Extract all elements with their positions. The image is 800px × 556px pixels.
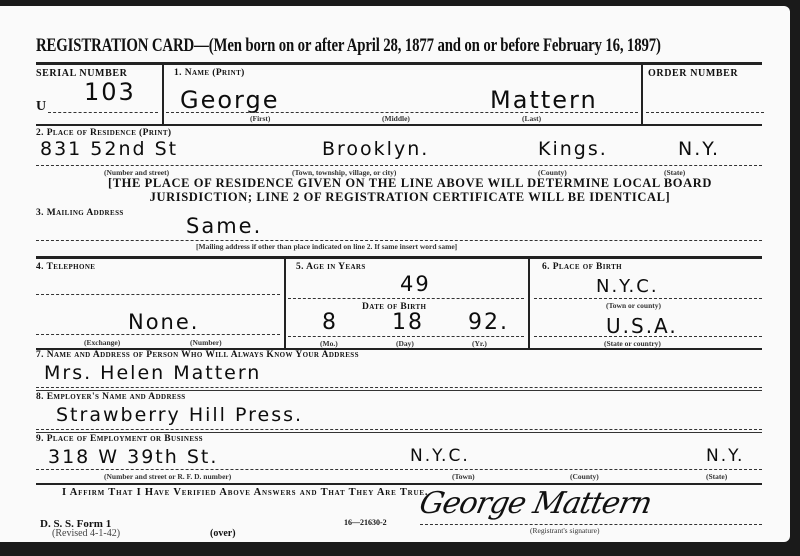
- birth-town-line: [534, 298, 762, 299]
- notice-line-1: [THE PLACE OF RESIDENCE GIVEN ON THE LIN…: [80, 176, 740, 190]
- telephone-value: None.: [128, 310, 199, 334]
- telephone-line: [36, 294, 280, 295]
- serial-prefix: U: [36, 99, 47, 115]
- telephone-label: 4. Telephone: [36, 262, 95, 272]
- dob-day-value: 18: [392, 310, 424, 335]
- order-number-label: ORDER NUMBER: [648, 68, 738, 79]
- birth-country-caption: (State or country): [604, 339, 661, 348]
- day-caption: (Day): [396, 339, 414, 348]
- registration-card: REGISTRATION CARD—(Men born on or after …: [0, 6, 790, 542]
- divider: [641, 64, 643, 124]
- dob-month-value: 8: [322, 310, 338, 335]
- dob-line: [288, 336, 524, 337]
- contact-person-line: [36, 387, 762, 388]
- divider: [36, 62, 762, 65]
- birth-town-caption: (Town or county): [606, 301, 661, 310]
- residence-town-value: Brooklyn.: [322, 138, 429, 160]
- order-number-line: [646, 112, 764, 113]
- last-name-value: Mattern: [490, 86, 598, 114]
- year-caption: (Yr.): [472, 339, 487, 348]
- employment-line: [36, 469, 762, 470]
- number-caption: (Number): [190, 338, 222, 347]
- mailing-line: [36, 240, 762, 241]
- employer-line: [36, 429, 762, 430]
- divider: [528, 258, 530, 348]
- employer-label: 8. Employer's Name and Address: [36, 392, 186, 402]
- card-title: REGISTRATION CARD—(Men born on or after …: [36, 35, 661, 57]
- form-revised: (Revised 4-1-42): [52, 528, 120, 539]
- residence-label: 2. Place of Residence (Print): [36, 128, 171, 138]
- employment-town-value: N.Y.C.: [410, 446, 470, 466]
- contact-person-label: 7. Name and Address of Person Who Will A…: [36, 350, 359, 360]
- divider: [36, 432, 762, 433]
- employment-county-caption: (County): [570, 472, 599, 481]
- exchange-caption: (Exchange): [84, 338, 120, 347]
- name-label: 1. Name (Print): [174, 68, 245, 78]
- age-label: 5. Age in Years: [296, 262, 366, 272]
- residence-line: [36, 165, 762, 166]
- jurisdiction-notice: [THE PLACE OF RESIDENCE GIVEN ON THE LIN…: [80, 176, 740, 204]
- residence-street-value: 831 52nd St: [40, 138, 178, 160]
- middle-caption: (Middle): [382, 114, 410, 123]
- mailing-caption: [Mailing address if other than place ind…: [196, 242, 457, 251]
- signature-line: [420, 524, 762, 525]
- notice-line-2: JURISDICTION; LINE 2 OF REGISTRATION CER…: [80, 190, 740, 204]
- birth-country-value: U.S.A.: [606, 314, 678, 338]
- employment-street-caption: (Number and street or R. F. D. number): [104, 472, 231, 481]
- birth-town-value: N.Y.C.: [596, 276, 659, 297]
- divider: [36, 256, 762, 259]
- employment-town-caption: (Town): [452, 472, 475, 481]
- age-line: [288, 298, 524, 299]
- divider: [36, 483, 762, 485]
- employer-value: Strawberry Hill Press.: [56, 404, 303, 426]
- print-code: 16—21630-2: [344, 518, 387, 527]
- divider: [162, 64, 164, 124]
- serial-line: [48, 112, 158, 113]
- mailing-address-label: 3. Mailing Address: [36, 208, 124, 218]
- divider: [36, 124, 762, 126]
- name-line: [166, 112, 638, 113]
- place-of-birth-label: 6. Place of Birth: [542, 262, 622, 272]
- over-note: (over): [210, 528, 236, 539]
- residence-county-value: Kings.: [538, 138, 608, 160]
- employment-street-value: 318 W 39th St.: [48, 446, 218, 468]
- telephone-number-line: [36, 334, 280, 335]
- first-name-value: George: [180, 86, 280, 114]
- signature-caption: (Registrant's signature): [530, 526, 599, 535]
- registrant-signature: George Mattern: [416, 486, 654, 521]
- last-caption: (Last): [522, 114, 541, 123]
- residence-state-value: N.Y.: [678, 138, 720, 160]
- age-value: 49: [400, 272, 431, 296]
- contact-person-value: Mrs. Helen Mattern: [44, 362, 261, 384]
- mailing-address-value: Same.: [186, 214, 262, 238]
- divider: [36, 390, 762, 391]
- dob-year-value: 92.: [468, 310, 509, 335]
- employment-state-caption: (State): [706, 472, 727, 481]
- month-caption: (Mo.): [320, 339, 338, 348]
- birth-country-line: [534, 336, 762, 337]
- serial-number-value: 103: [84, 78, 136, 106]
- first-caption: (First): [250, 114, 270, 123]
- employment-place-label: 9. Place of Employment or Business: [36, 434, 203, 444]
- affirmation-text: I Affirm That I Have Verified Above Answ…: [62, 487, 428, 498]
- employment-state-value: N.Y.: [706, 446, 744, 466]
- divider: [284, 258, 286, 348]
